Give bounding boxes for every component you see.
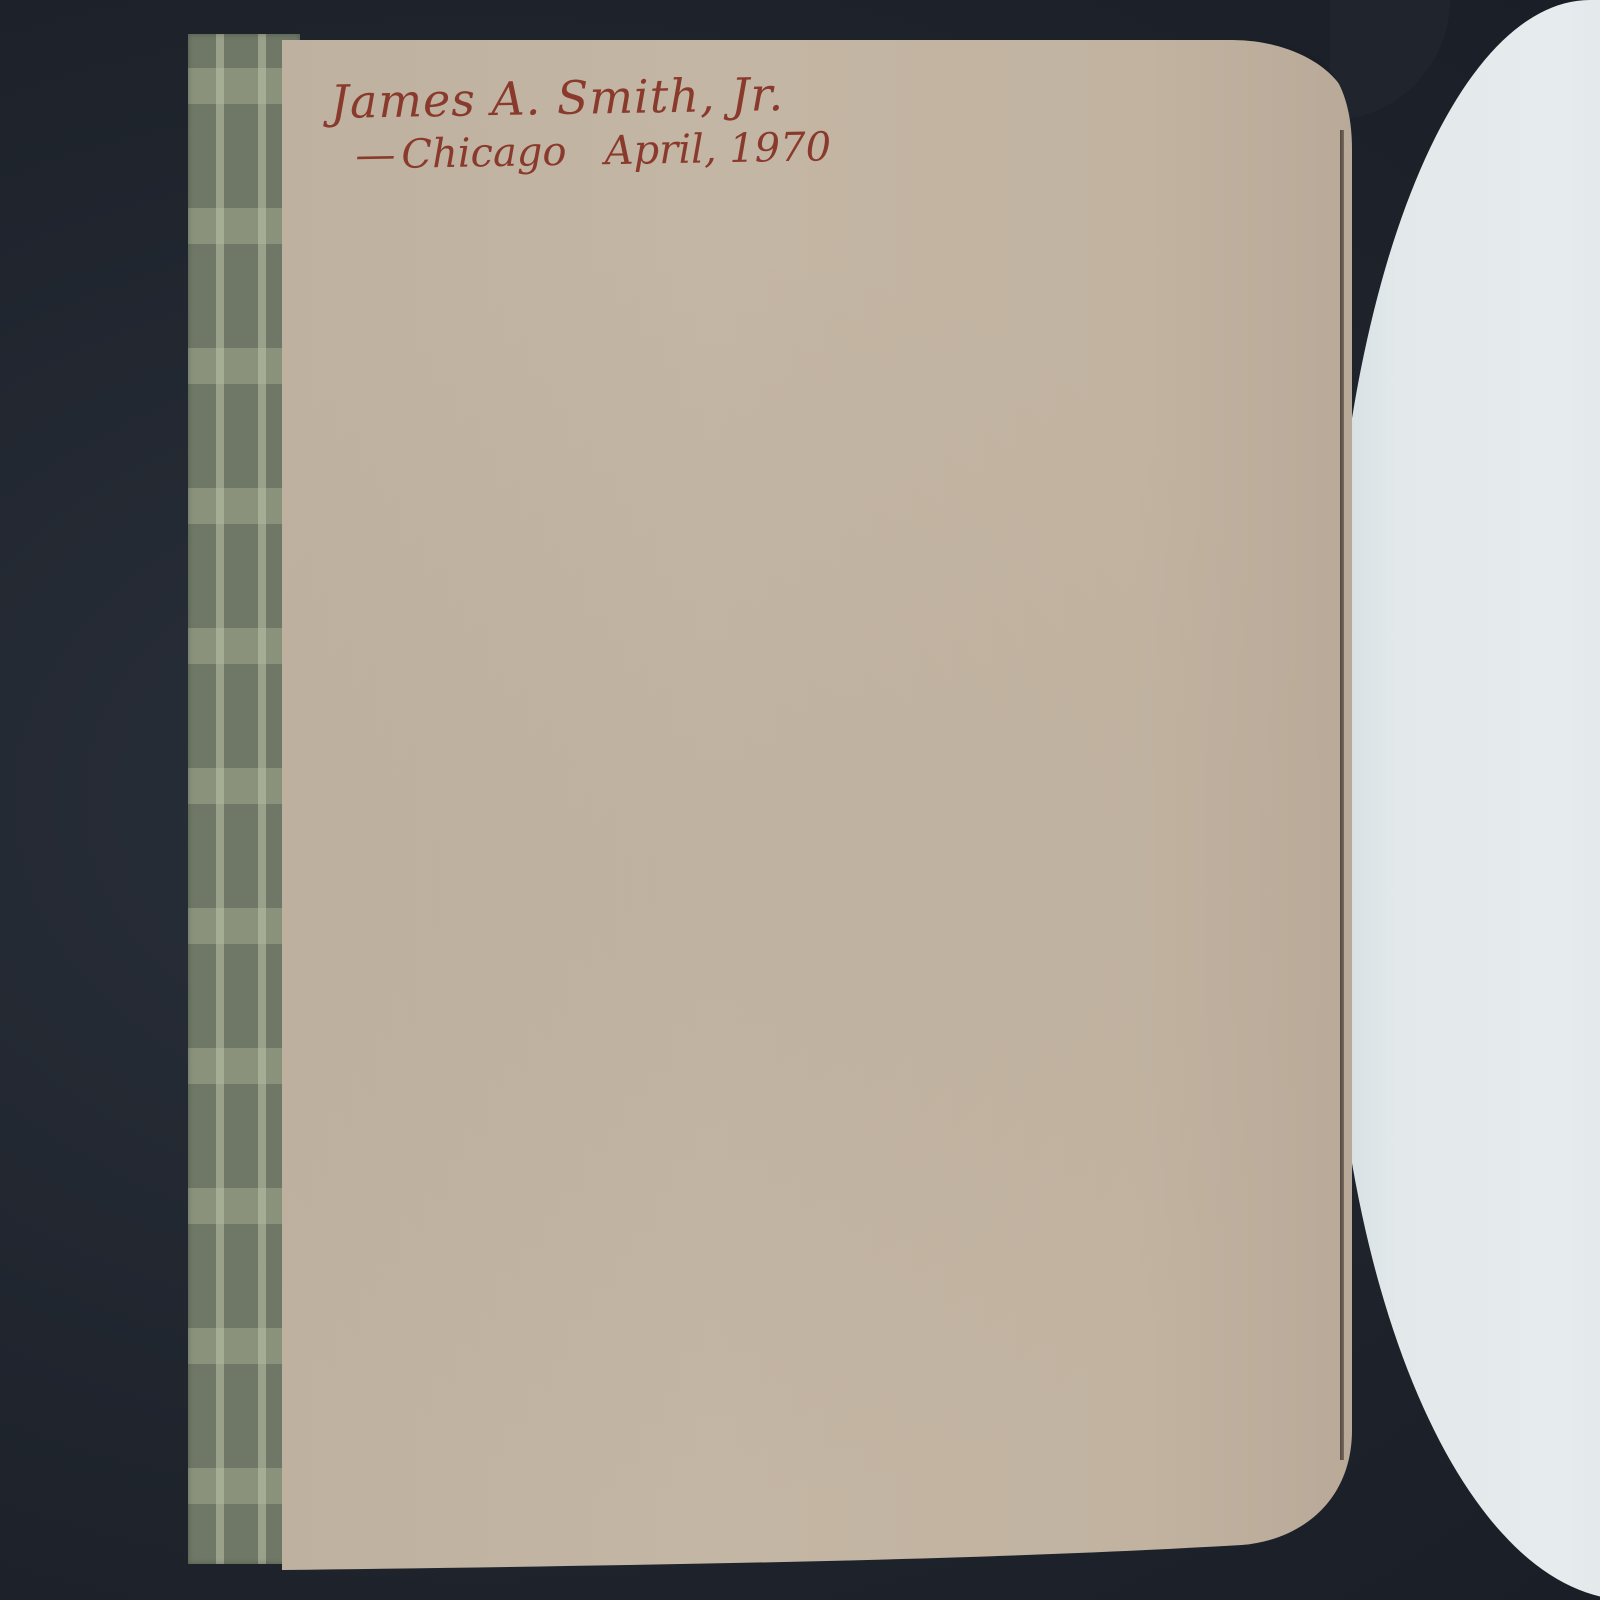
inscription-place-date: —Chicago April, 1970: [355, 121, 832, 181]
handwritten-inscription: James A. Smith, Jr. —Chicago April, 1970: [330, 65, 832, 182]
inscription-dash: —: [355, 132, 396, 179]
inscribed-page: [282, 40, 1352, 1570]
page-gutter-shadow: [1340, 130, 1344, 1460]
facing-page: [1330, 0, 1600, 1600]
inscription-date: April, 1970: [604, 124, 831, 174]
background-corner: [1330, 0, 1450, 120]
inscription-signature: James A. Smith, Jr.: [330, 65, 831, 130]
photo-scene: James A. Smith, Jr. —Chicago April, 1970: [0, 0, 1600, 1600]
inscription-location: Chicago: [401, 129, 567, 178]
